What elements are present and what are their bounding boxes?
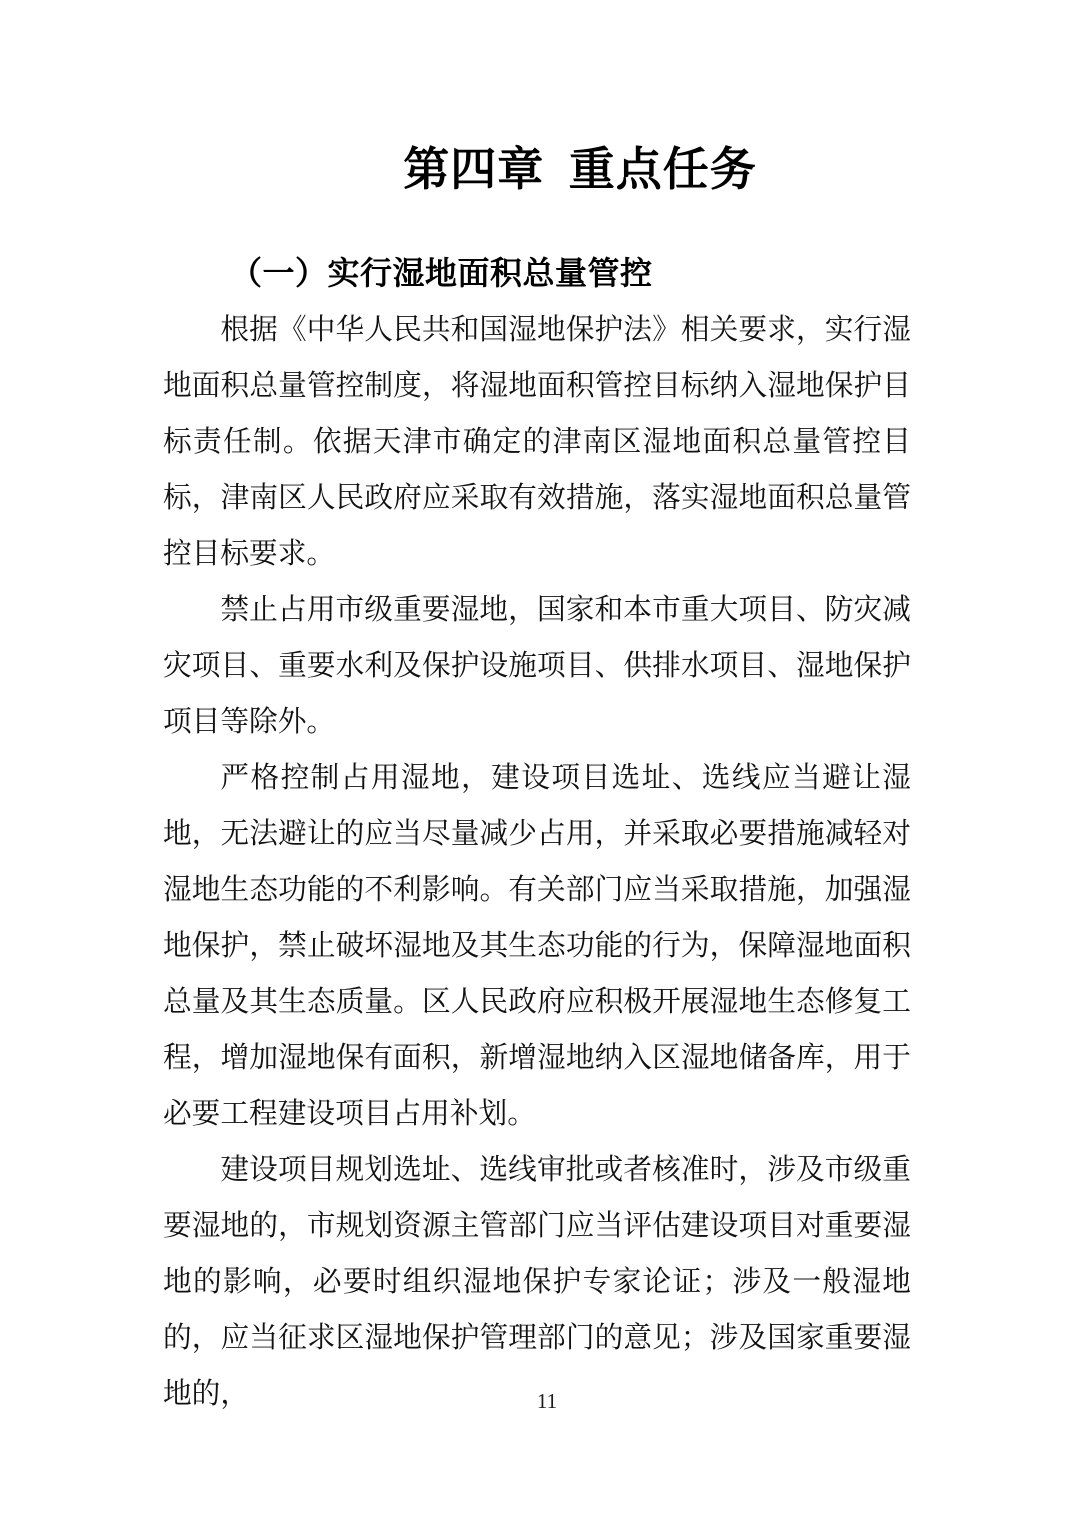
section-heading: （一）实行湿地面积总量管控 xyxy=(230,254,653,292)
chapter-title: 第四章 重点任务 xyxy=(0,144,1074,197)
paragraph-4: 建设项目规划选址、选线审批或者核准时，涉及市级重要湿地的，市规划资源主管部门应当… xyxy=(163,1142,911,1422)
document-page: 第四章 重点任务 （一）实行湿地面积总量管控 根据《中华人民共和国湿地保护法》相… xyxy=(0,0,1074,1520)
paragraph-3: 严格控制占用湿地，建设项目选址、选线应当避让湿地，无法避让的应当尽量减少占用，并… xyxy=(163,750,911,1142)
paragraph-2: 禁止占用市级重要湿地，国家和本市重大项目、防灾减灾项目、重要水利及保护设施项目、… xyxy=(163,582,911,750)
body-text: 根据《中华人民共和国湿地保护法》相关要求，实行湿地面积总量管控制度，将湿地面积管… xyxy=(163,302,911,1422)
page-number: 11 xyxy=(0,1389,1074,1414)
paragraph-1: 根据《中华人民共和国湿地保护法》相关要求，实行湿地面积总量管控制度，将湿地面积管… xyxy=(163,302,911,582)
